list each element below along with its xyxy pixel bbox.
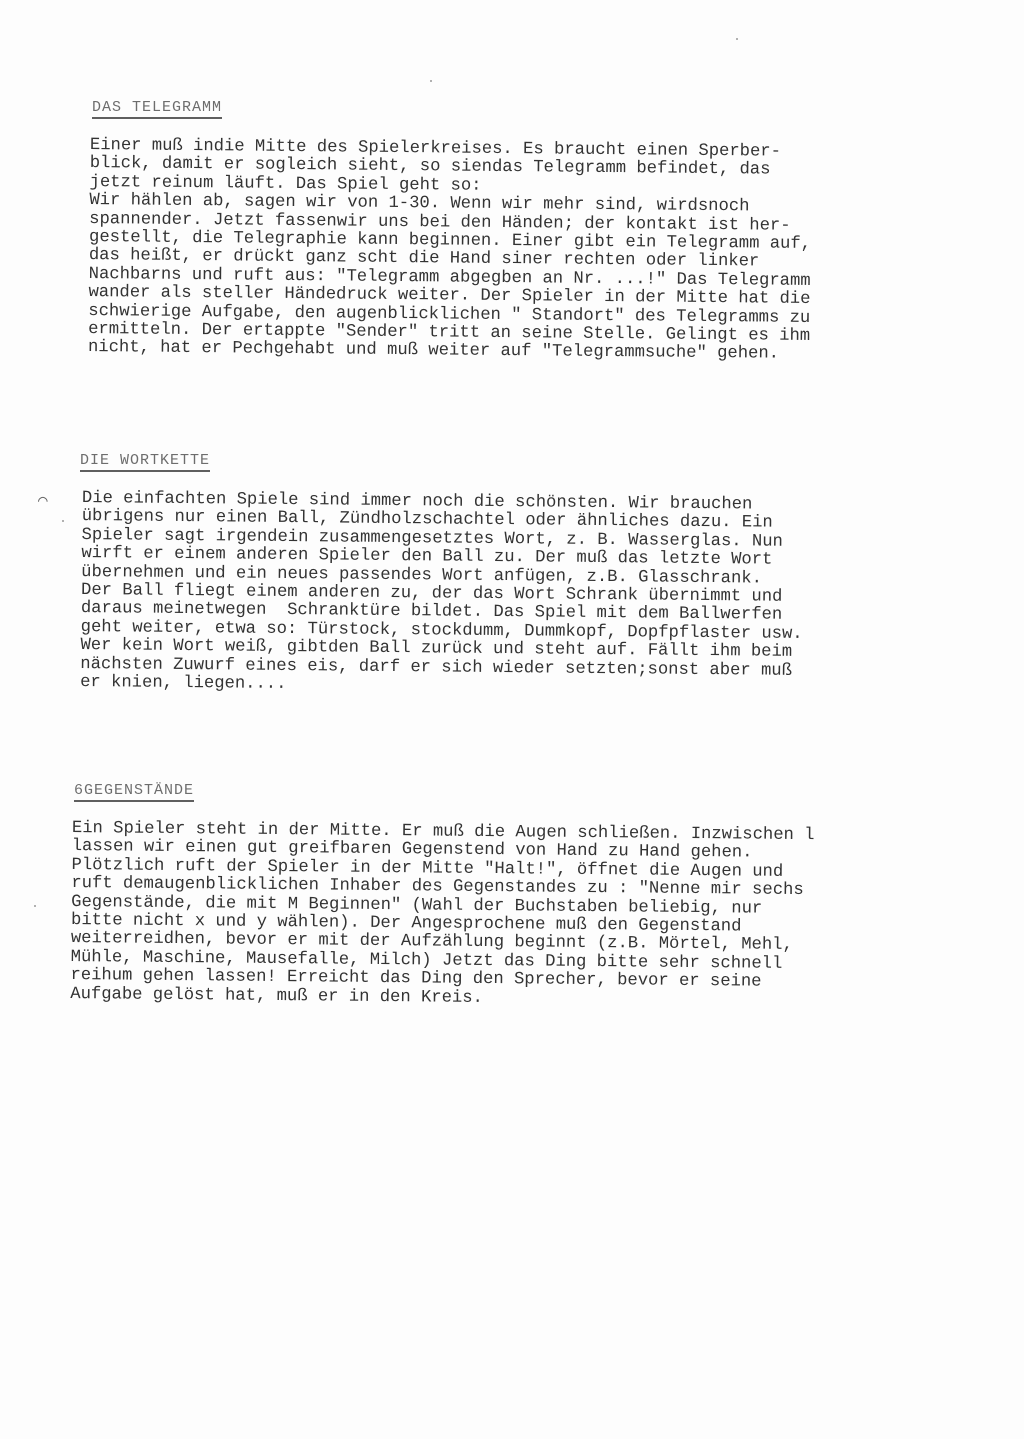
heading-das-telegramm: DAS TELEGRAMM [92,99,222,119]
paragraph-gegenstaende: Ein Spieler steht in der Mitte. Er muß d… [70,820,814,1011]
heading-die-wortkette: DIE WORTKETTE [80,452,210,472]
scanned-page: DAS TELEGRAMM Einer muß indie Mitte des … [0,0,1024,1439]
margin-mark-icon: ⌒ [38,490,48,510]
smudge-dot [430,80,432,82]
smudge-dot [34,905,36,907]
smudge-dot [62,520,64,522]
smudge-dot [736,38,738,40]
paragraph-die-wortkette: Die einfachten Spiele sind immer noch di… [80,490,804,699]
heading-gegenstaende: 6GEGENSTÄNDE [74,782,194,802]
paragraph-das-telegramm: Einer muß indie Mitte des Spielerkreises… [88,137,812,365]
